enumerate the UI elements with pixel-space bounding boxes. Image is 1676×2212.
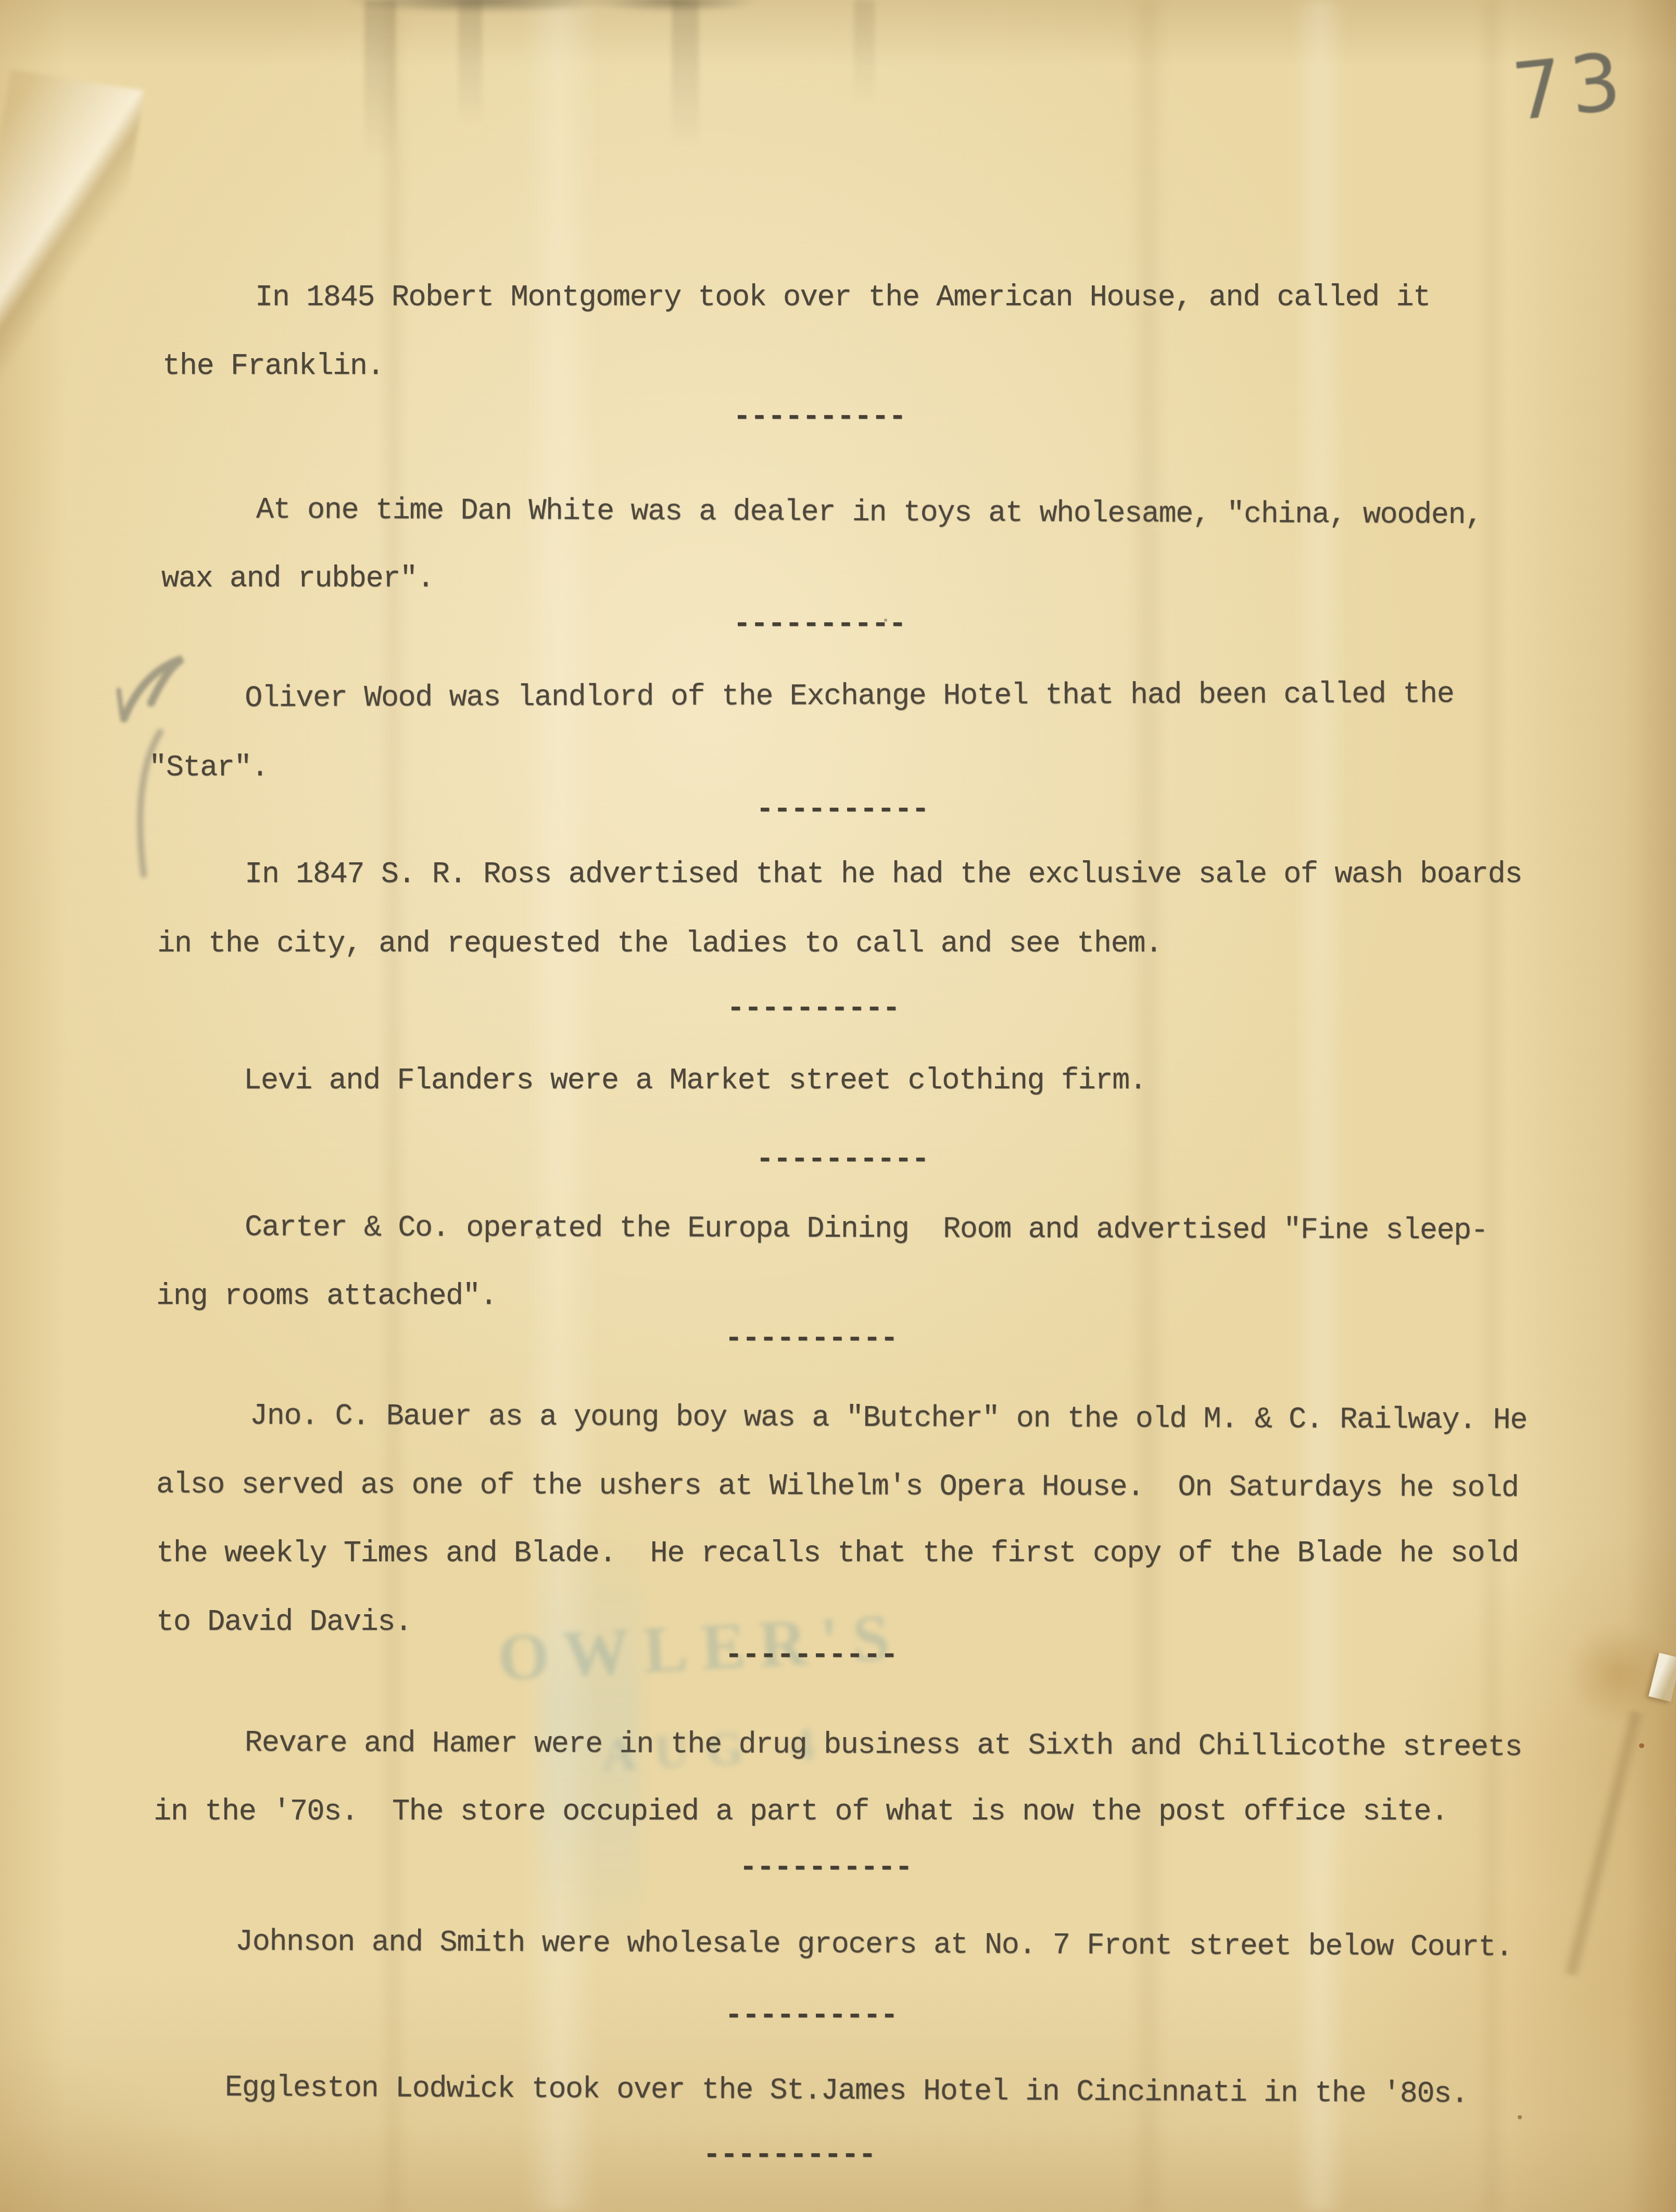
scanned-document: OWLER'S AUG 4 73 In 1845 Robert Montgome…	[0, 0, 1676, 2212]
page-number: 73	[1508, 35, 1632, 139]
dash-separator: ----------	[725, 1639, 898, 1673]
paper-speck	[1518, 2115, 1522, 2119]
typed-line: Eggleston Lodwick took over the St.James…	[225, 2071, 1468, 2112]
dash-separator: ----------	[725, 2000, 898, 2033]
typed-line: also served as one of the ushers at Wilh…	[156, 1468, 1519, 1505]
typed-line: in the city, and requested the ladies to…	[157, 927, 1162, 961]
paper-streak	[1479, 0, 1505, 2212]
dash-separator: ----------	[733, 608, 906, 642]
typed-line: the weekly Times and Blade. He recalls t…	[156, 1537, 1518, 1570]
typed-line: in the '70s. The store occupied a part o…	[154, 1795, 1448, 1829]
typed-line: At one time Dan White was a dealer in to…	[256, 494, 1482, 532]
typed-line: wax and rubber".	[161, 562, 434, 596]
dash-separator: ----------	[727, 992, 900, 1026]
typed-line: Carter & Co. operated the Europa Dining …	[245, 1211, 1488, 1248]
edge-smudge	[588, 0, 760, 12]
typed-line: Revare and Hamer were in the drug busine…	[245, 1727, 1522, 1765]
edge-smudge	[672, 0, 699, 146]
edge-smudge	[344, 0, 614, 14]
edge-smudge	[854, 0, 875, 104]
corner-crease	[0, 69, 144, 409]
typed-line: Johnson and Smith were wholesale grocers…	[235, 1926, 1513, 1965]
dash-separator: ----------	[756, 1143, 929, 1177]
typed-line: "Star".	[149, 751, 268, 785]
typed-line: to David Davis.	[156, 1606, 412, 1639]
paper-streak	[521, 0, 599, 2212]
paper-speck	[1639, 1743, 1644, 1748]
pencil-checkmark-smudge	[115, 640, 203, 739]
edge-smudge	[458, 0, 482, 125]
dash-separator: ----------	[703, 2139, 876, 2172]
dash-separator: ----------	[733, 401, 906, 434]
typed-line: Oliver Wood was landlord of the Exchange…	[245, 678, 1454, 715]
typed-line: ing rooms attached".	[156, 1280, 497, 1313]
crease-shadow	[1561, 1710, 1647, 1977]
paper-streak	[380, 0, 406, 2212]
document-page: OWLER'S AUG 4 73 In 1845 Robert Montgome…	[0, 0, 1676, 2212]
typed-line: Levi and Flanders were a Market street c…	[244, 1064, 1146, 1098]
stain	[1567, 1625, 1671, 1724]
dash-separator: ----------	[756, 794, 929, 827]
edge-smudge	[364, 0, 396, 156]
typed-line: the Franklin.	[162, 350, 384, 383]
paper-streak	[1130, 0, 1166, 2212]
typed-line: Jno. C. Bauer as a young boy was a "Butc…	[250, 1400, 1527, 1438]
typed-line: In 1847 S. R. Ross advertised that he ha…	[245, 858, 1522, 891]
dash-separator: ----------	[739, 1852, 912, 1885]
paper-streak	[1291, 0, 1349, 2212]
dash-separator: ----------	[725, 1323, 898, 1356]
typed-line: In 1845 Robert Montgomery took over the …	[255, 281, 1430, 315]
edge-tear	[1648, 1653, 1676, 1702]
